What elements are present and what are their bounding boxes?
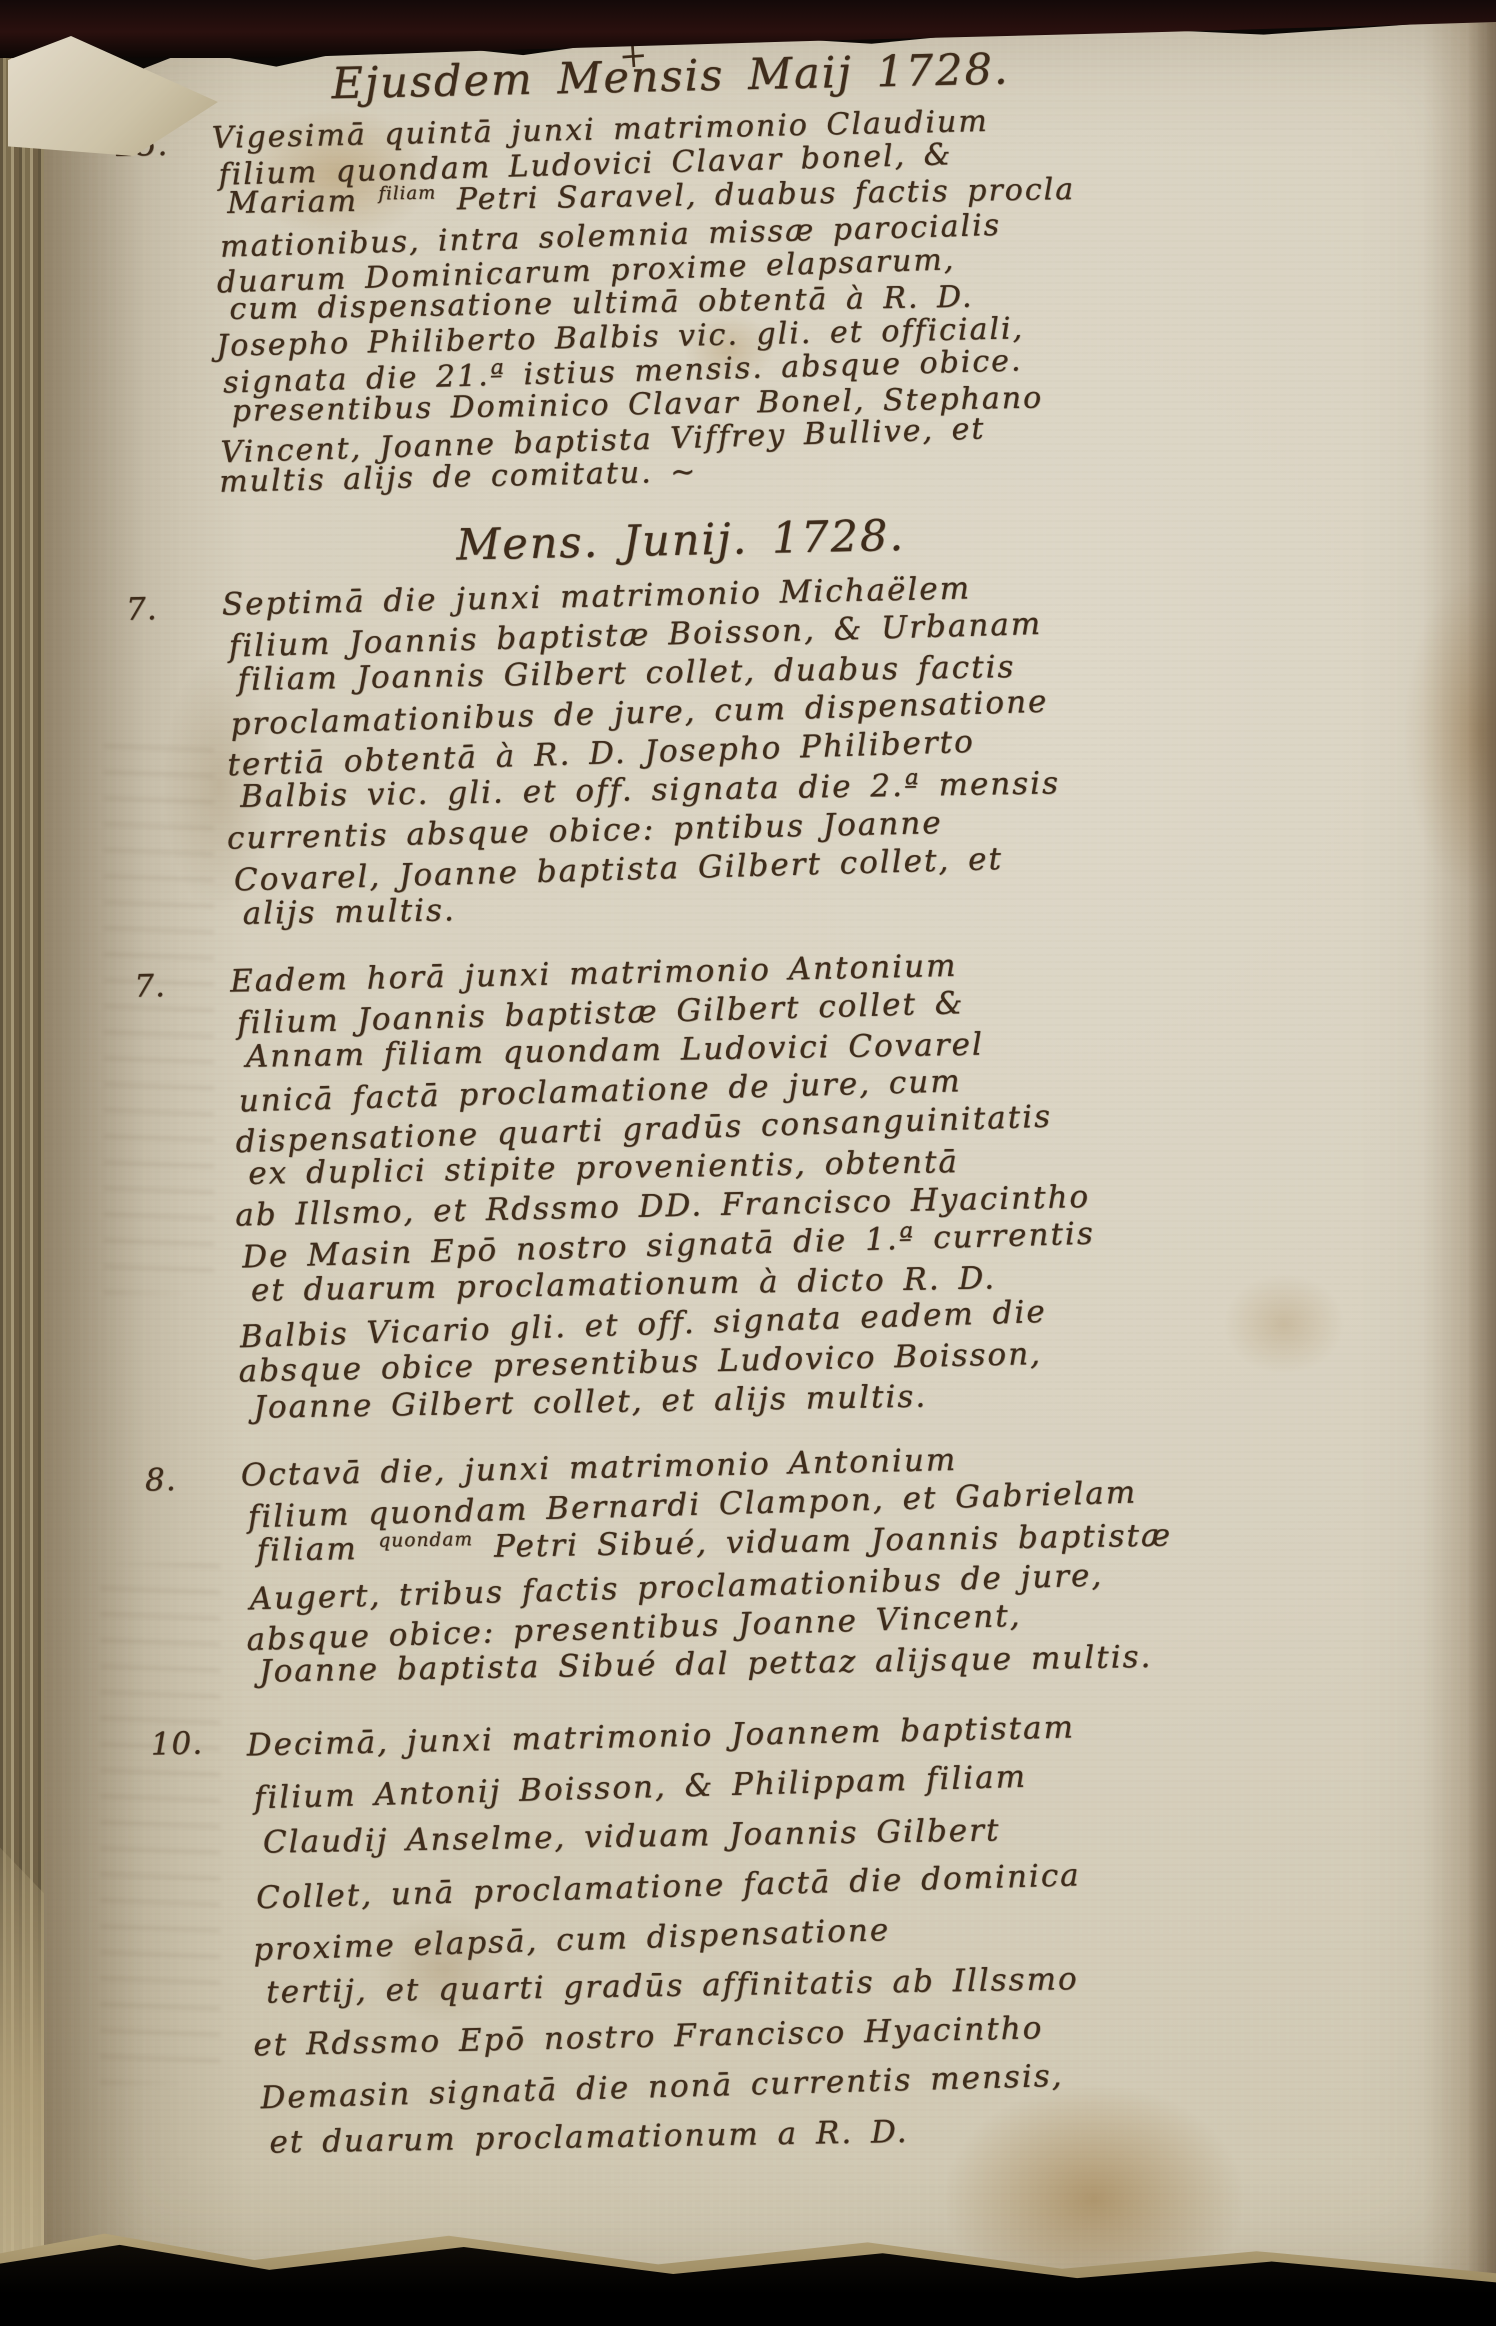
register-body: Ejusdem Mensis Maij 1728.25.Vigesimā qui… <box>114 35 1232 2199</box>
entry-lines: Decimā, junxi matrimonio Joannem baptist… <box>246 1699 1232 2170</box>
entry-day-number: 7. <box>134 963 240 1433</box>
register-entry: 7.Eadem horā junxi matrimonio Antoniumfi… <box>134 941 1216 1432</box>
entry-day-number: 7. <box>126 586 230 939</box>
book-photo: 126. + Ejusdem Mensis Maij 1728.25.Viges… <box>0 0 1496 2326</box>
register-entry: 25.Vigesimā quintā junxi matrimonio Clau… <box>115 101 1195 502</box>
manuscript-page: 126. + Ejusdem Mensis Maij 1728.25.Viges… <box>44 14 1496 2300</box>
interlinear-insertion: quondam <box>378 1530 473 1553</box>
entry-lines: Eadem horā junxi matrimonio Antoniumfili… <box>230 941 1216 1430</box>
register-entry: 8.Octavā die, junxi matrimonio Antoniumf… <box>145 1435 1222 1696</box>
month-section: Mens. Junij. 1728.7.Septimā die junxi ma… <box>124 505 1232 2173</box>
interlinear-insertion: filiam <box>378 182 436 204</box>
paper-stain <box>1224 1274 1344 1374</box>
entry-day-number: 10. <box>150 1721 256 2173</box>
entry-day-number: 8. <box>145 1457 246 1697</box>
register-entry: 10.Decimā, junxi matrimonio Joannem bapt… <box>150 1699 1232 2172</box>
month-header: Mens. Junij. 1728. <box>164 505 1197 578</box>
entry-lines: Septimā die junxi matrimonio Michaëlemfi… <box>222 564 1205 936</box>
entry-lines: Octavā die, junxi matrimonio Antoniumfil… <box>241 1435 1222 1694</box>
register-entry: 7.Septimā die junxi matrimonio Michaëlem… <box>126 564 1205 938</box>
entry-lines: Vigesimā quintā junxi matrimonio Claudiu… <box>211 101 1195 500</box>
paper-stain <box>1404 574 1496 894</box>
month-section: Ejusdem Mensis Maij 1728.25.Vigesimā qui… <box>114 41 1195 502</box>
entry-day-number: 25. <box>115 122 219 502</box>
